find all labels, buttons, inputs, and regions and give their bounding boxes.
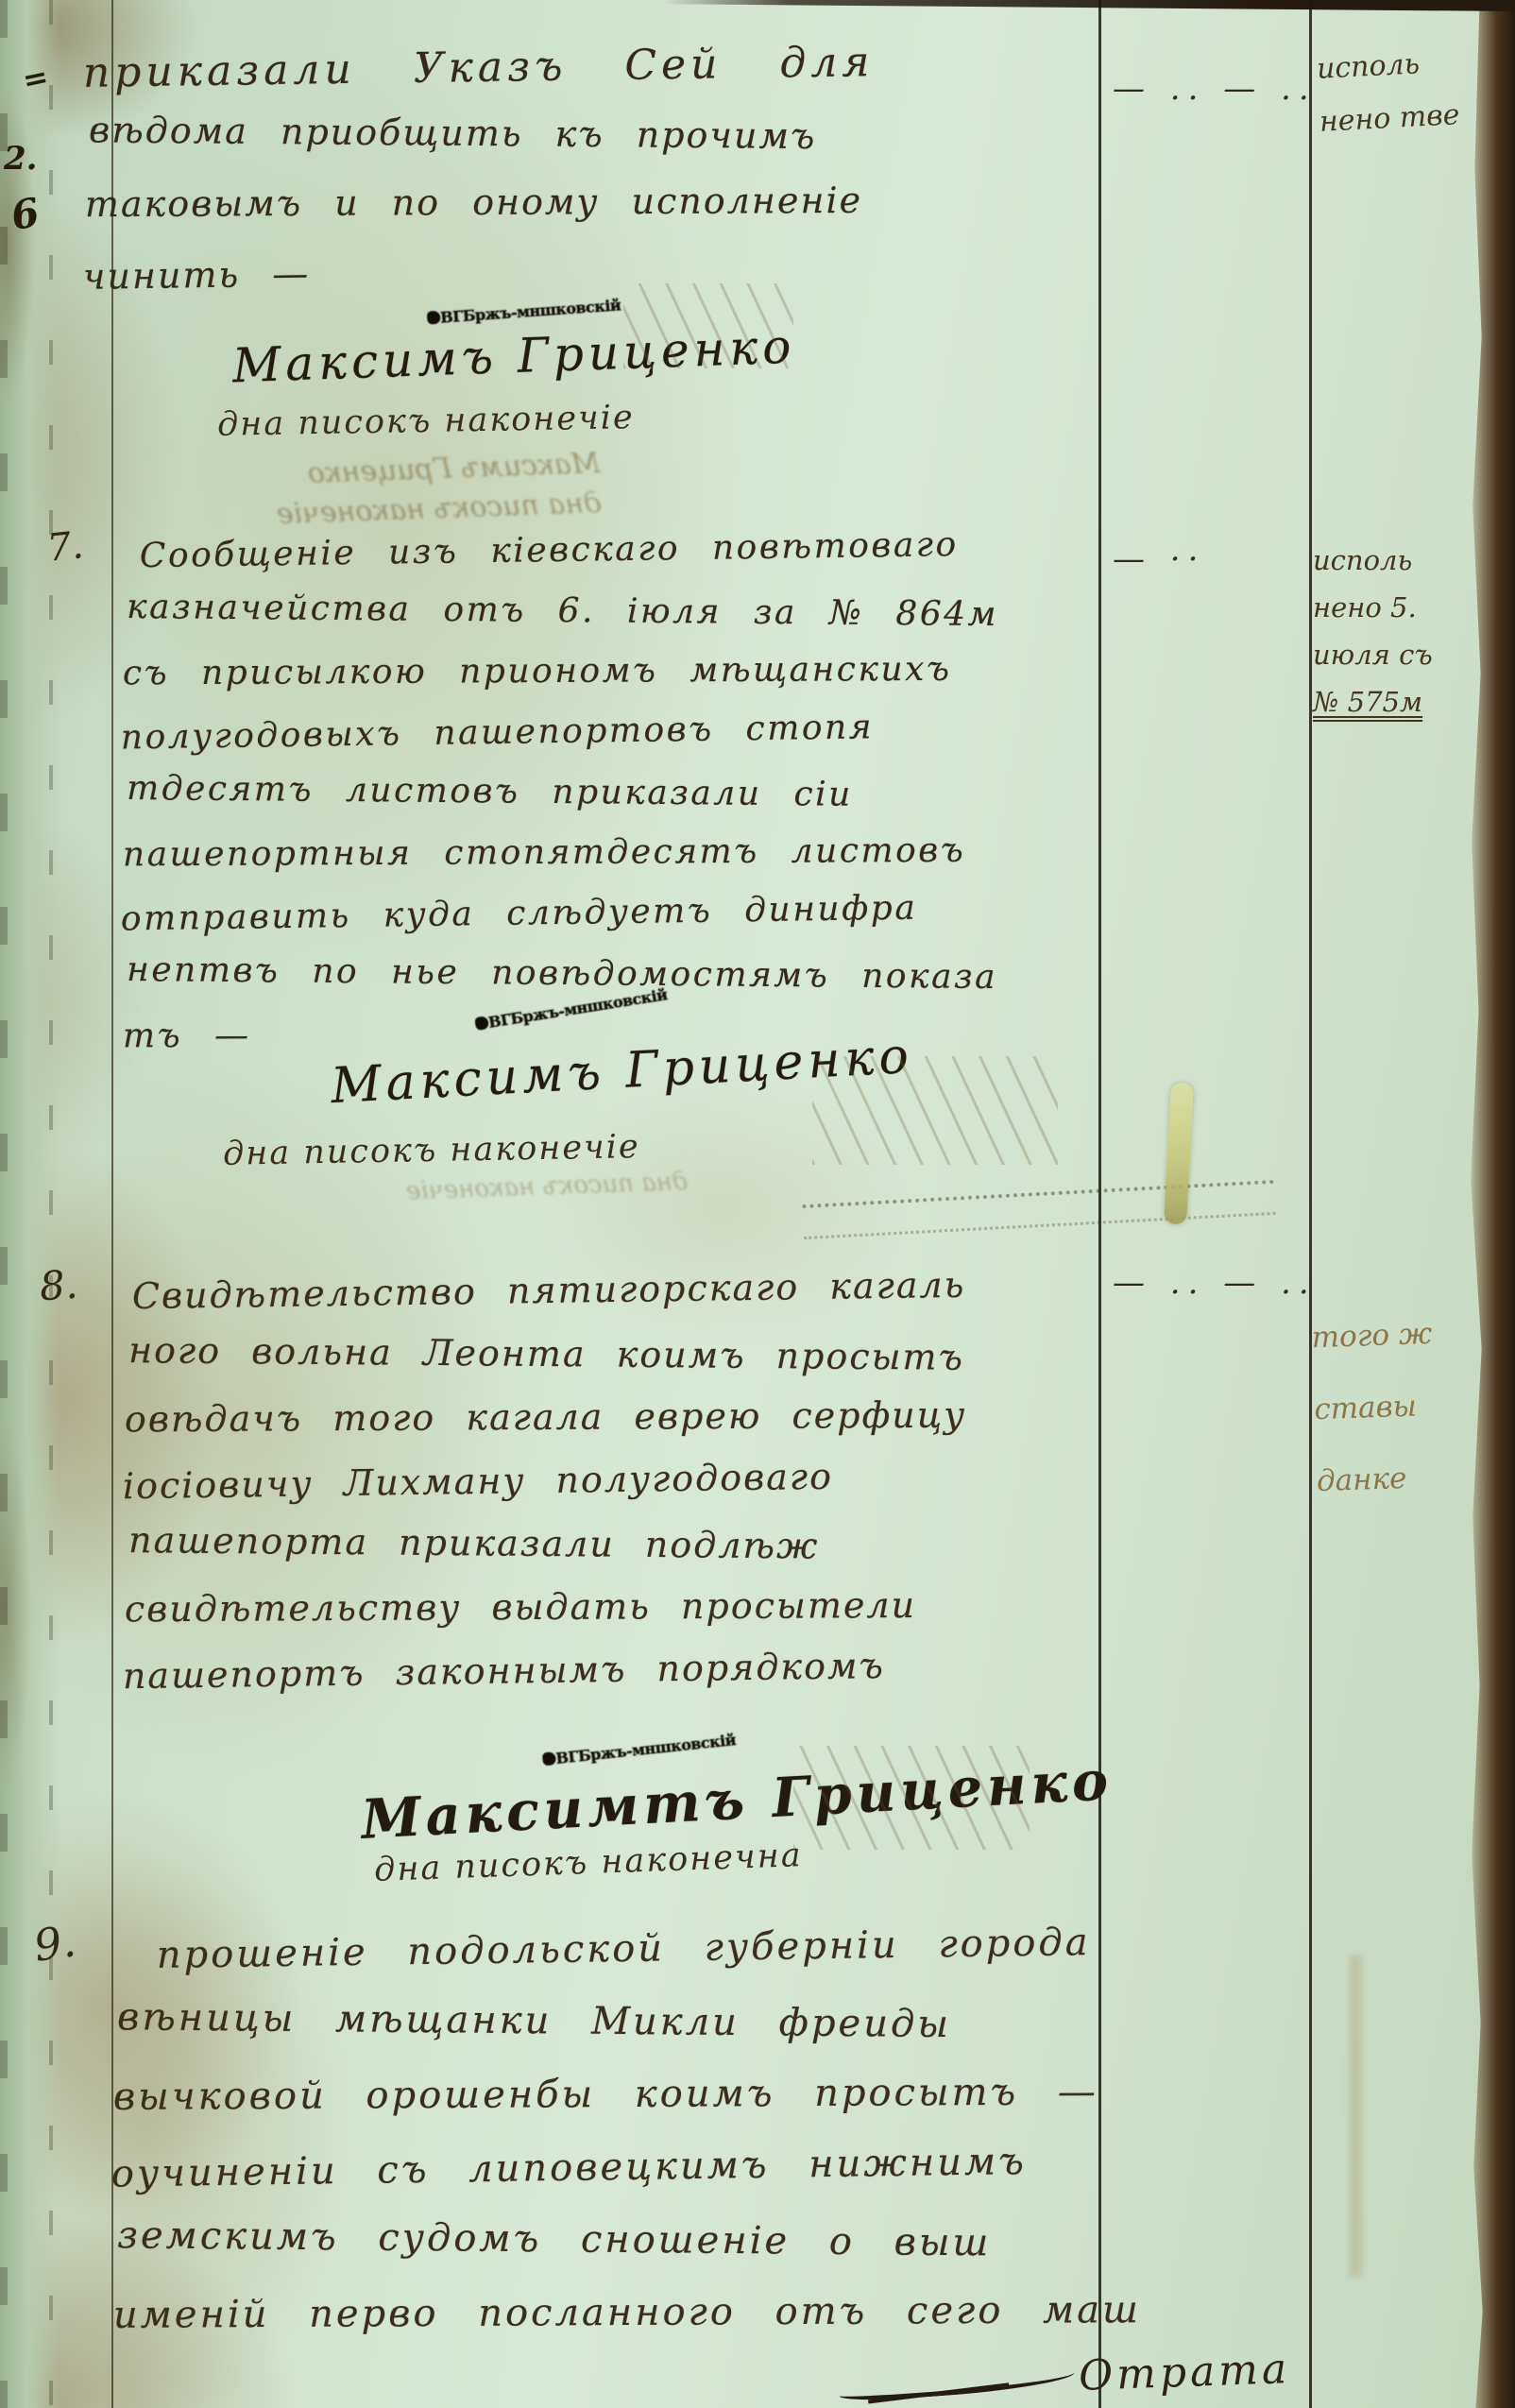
margin-note-line: исполь	[1313, 544, 1433, 591]
margin-tick-2: 2.	[4, 140, 38, 178]
manuscript-line: вычковой орошенбы коимъ просытъ —	[113, 2070, 1141, 2148]
manuscript-line: отправить куда слѣдуетъ динифра	[121, 888, 994, 961]
manuscript-line: именій перво посланного отъ сего маш	[113, 2288, 1141, 2366]
manuscript-line: Свидѣтельство пятигорскаго кагаль	[123, 1264, 966, 1339]
manuscript-line: прошеніе подольской губерніи города	[111, 1920, 1140, 2007]
manuscript-page: = 2. 6 приказали Указъ Сей для вѣдома пр…	[0, 0, 1515, 2408]
pen-hatch-marks	[623, 283, 793, 368]
margin-note-faded: того ж ставы данке	[1311, 1317, 1438, 1536]
margin-note-line: нено тве	[1319, 98, 1461, 159]
manuscript-line: Сообщеніе изъ кіевскаго повѣтоваго	[121, 525, 994, 598]
closing-word: Отрата	[1078, 2345, 1291, 2400]
manuscript-line: тдесятъ листовъ приказали сіи	[127, 769, 998, 837]
manuscript-line: вѣдома приобщить къ прочимъ	[89, 109, 880, 184]
margin-note-line: июля съ	[1313, 639, 1433, 686]
binding-edge	[0, 0, 60, 2408]
margin-note-executed-575: исполь нено 5. июля съ № 575м	[1313, 544, 1433, 733]
margin-note-line: исполь	[1316, 45, 1458, 106]
manuscript-line: іосіовичу Лихману полугодоваго	[123, 1454, 966, 1528]
entry-number-9: 9.	[30, 1915, 78, 1972]
margin-note-line: ставы	[1314, 1389, 1437, 1464]
ruled-line-notes-column	[1309, 0, 1312, 2408]
manuscript-line: оучиненіи съ липовецкимъ нижнимъ	[111, 2138, 1140, 2225]
resolution-marks: — .. — ..	[1113, 1264, 1317, 1302]
manuscript-line: пашепортныя стопятдесятъ листовъ	[123, 831, 995, 897]
manuscript-line: пашепортъ законнымъ порядкомъ	[123, 1644, 966, 1718]
margin-note-line: того ж	[1311, 1317, 1434, 1392]
margin-note-line: нено 5.	[1313, 591, 1433, 639]
manuscript-line: земскимъ судомъ сношеніе о выш	[117, 2213, 1146, 2295]
paper-crease	[1349, 1955, 1362, 2277]
entry-7: Сообщеніе изъ кіевскаго повѣтоваго казна…	[121, 531, 993, 1075]
margin-note-executed: исполь нено тве	[1316, 45, 1461, 159]
manuscript-line: таковымъ и по оному исполненіе	[85, 179, 877, 252]
manuscript-line: овѣдачъ того кагала еврею серфицу	[125, 1394, 968, 1462]
manuscript-line: полугодовыхъ пашепортовъ стопя	[121, 707, 994, 779]
manuscript-line: казначейства отъ 6. іюля за № 864м	[127, 588, 998, 656]
entry-9: прошеніе подольской губерніи города вѣни…	[111, 1927, 1139, 2364]
entry-number-8: 8.	[38, 1261, 78, 1310]
signature-title: дна писокъ наконечіе	[217, 399, 635, 444]
pen-hatch-marks	[812, 1056, 1058, 1165]
manuscript-line: приказали Указъ Сей для	[83, 38, 876, 118]
margin-note-line: № 575м	[1313, 686, 1433, 733]
signature-title: дна писокъ наконечіе	[223, 1128, 640, 1173]
resolution-marks: — ··	[1113, 540, 1205, 578]
entry-number-7: 7.	[45, 523, 86, 571]
resolution-marks: — .. — ..	[1113, 70, 1317, 108]
manuscript-line: свидѣтельству выдать просытели	[125, 1584, 968, 1652]
pen-hatch-marks	[793, 1746, 1030, 1850]
margin-note-line: данке	[1316, 1460, 1438, 1536]
manuscript-line: вѣницы мѣщанки Микли фреиды	[117, 1995, 1146, 2076]
entry-8: Свидѣтельство пятигорскаго кагаль ного в…	[123, 1270, 966, 1713]
manuscript-line: ного вольна Леонта коимъ просытъ	[128, 1329, 972, 1400]
manuscript-line: съ присылкою приономъ мѣщанскихъ	[123, 650, 995, 715]
ink-offset-ghost: Максимъ Гриценко дна писокъ наконечіе	[275, 444, 603, 535]
manuscript-line: пашепорта приказали подлѣж	[128, 1519, 972, 1590]
entry-6-continuation: приказали Указъ Сей для вѣдома приобщить…	[83, 43, 875, 319]
